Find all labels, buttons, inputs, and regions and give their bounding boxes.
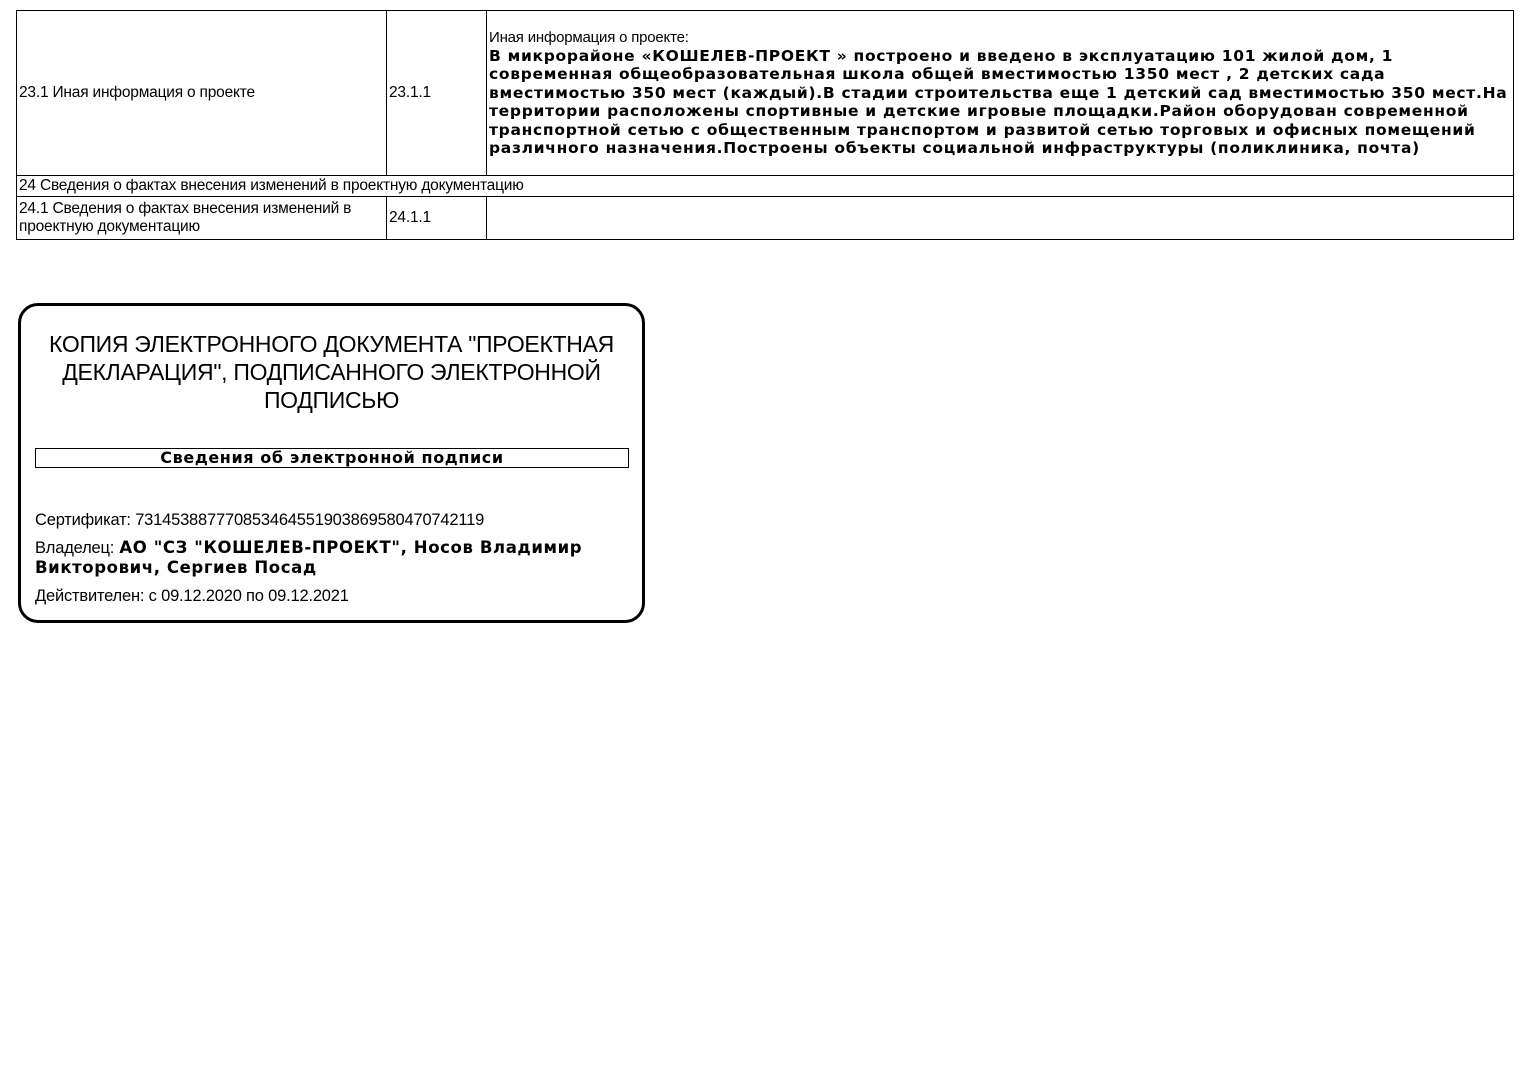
section-title: 24 Сведения о фактах внесения изменений … bbox=[17, 176, 1514, 197]
certificate-line: Сертификат: 7314538877708534645519038695… bbox=[35, 510, 484, 530]
row-value bbox=[487, 197, 1514, 240]
certificate-label: Сертификат: bbox=[35, 511, 131, 529]
owner-value: АО "СЗ "КОШЕЛЕВ-ПРОЕКТ", Носов Владимир … bbox=[35, 538, 582, 577]
row-code: 23.1.1 bbox=[387, 11, 487, 176]
stamp-title: КОПИЯ ЭЛЕКТРОННОГО ДОКУМЕНТА "ПРОЕКТНАЯ … bbox=[21, 330, 642, 414]
validity-line: Действителен: с 09.12.2020 по 09.12.2021 bbox=[35, 586, 349, 606]
row-value: Иная информация о проекте: В микрорайоне… bbox=[487, 11, 1514, 176]
signature-stamp: КОПИЯ ЭЛЕКТРОННОГО ДОКУМЕНТА "ПРОЕКТНАЯ … bbox=[18, 303, 645, 623]
owner-line: Владелец: АО "СЗ "КОШЕЛЕВ-ПРОЕКТ", Носов… bbox=[35, 538, 595, 578]
row-label: 24.1 Сведения о фактах внесения изменени… bbox=[17, 197, 387, 240]
owner-label: Владелец: bbox=[35, 539, 114, 557]
valid-label: Действителен: bbox=[35, 587, 144, 605]
table-row: 24.1 Сведения о фактах внесения изменени… bbox=[17, 197, 1514, 240]
table-row: 23.1 Иная информация о проекте 23.1.1 Ин… bbox=[17, 11, 1514, 176]
row-code: 24.1.1 bbox=[387, 197, 487, 240]
section-row: 24 Сведения о фактах внесения изменений … bbox=[17, 176, 1514, 197]
value-heading: Иная информация о проекте: bbox=[489, 29, 1511, 47]
row-label: 23.1 Иная информация о проекте bbox=[17, 11, 387, 176]
stamp-subheading: Сведения об электронной подписи bbox=[35, 448, 629, 468]
value-body: В микрорайоне «КОШЕЛЕВ-ПРОЕКТ » построен… bbox=[489, 47, 1511, 158]
declaration-table: 23.1 Иная информация о проекте 23.1.1 Ин… bbox=[16, 10, 1514, 240]
certificate-value: 731453887770853464551903869580470742119 bbox=[135, 511, 484, 529]
valid-value: с 09.12.2020 по 09.12.2021 bbox=[149, 587, 349, 605]
